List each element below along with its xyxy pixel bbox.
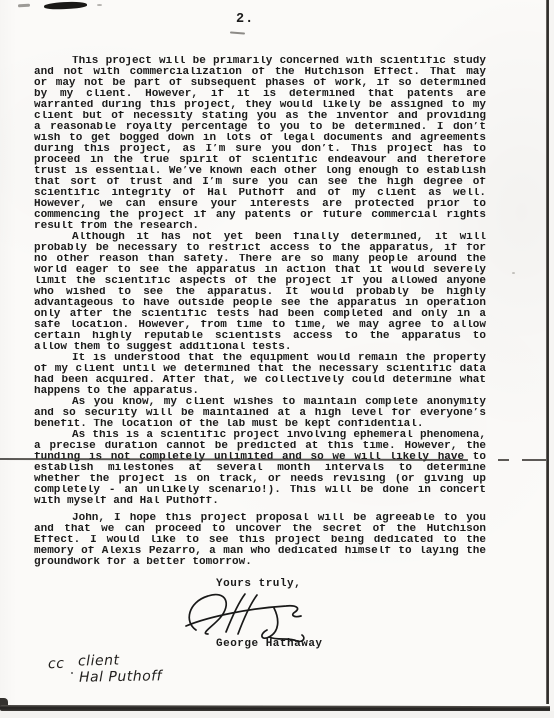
letter-line: result from the research. [34, 221, 486, 232]
letter-line: As this is a scientific project involvin… [34, 430, 486, 441]
scan-artifact-blob [44, 1, 87, 10]
background-bottom-strip [0, 711, 554, 718]
letter-line: warranted during this project, they woul… [34, 100, 486, 111]
letter-line: and that we can proceed to uncover the s… [34, 524, 486, 535]
paragraph: As this is a scientific project involvin… [34, 430, 486, 507]
letter-line: had been acquired. After that, we collec… [34, 375, 486, 386]
page-number: 2. [236, 12, 254, 27]
paragraph: John, I hope this project proposal will … [34, 513, 486, 568]
letter-line: It is understood that the equipment woul… [34, 353, 486, 364]
letter-line: As you know, my client wishes to maintai… [34, 397, 486, 408]
letter-line: establish milestones at several month in… [34, 463, 486, 474]
background-right-strip [549, 0, 554, 718]
letter-line: and not with commercialization of the Hu… [34, 67, 486, 78]
letter-line: memory of Alexis Pezarro, a man who dedi… [34, 546, 486, 557]
letter-line: completely - an unlikely scenario!). Thi… [34, 485, 486, 496]
letter-line: Effect. I would like to see this project… [34, 535, 486, 546]
scanned-page: 2. This project will be primarily concer… [0, 0, 549, 707]
cc-handwritten-hal-puthoff: Hal Puthoff [79, 668, 162, 685]
letter-line: who wished to see the apparatus. It woul… [34, 287, 486, 298]
scanned-letter-screenshot: { "page": { "number": "2.", "paragraphs"… [0, 0, 554, 718]
letter-line: whether the project is on track, or need… [34, 474, 486, 485]
letter-line: only after the scientific tests had been… [34, 309, 486, 320]
letter-line: limit the scientific aspects of the proj… [34, 276, 486, 287]
letter-line: proceed in the true spirit of scientific… [34, 155, 486, 166]
letter-line: groundwork for a better tomorrow. [34, 557, 486, 568]
closing-salutation: Yours truly, [216, 578, 301, 590]
letter-line: probably be necessary to restrict access… [34, 243, 486, 254]
letter-line: a precise duration cannot be predicted a… [34, 441, 486, 452]
letter-line: of my client until we determined that th… [34, 364, 486, 375]
letter-line: John, I hope this project proposal will … [34, 513, 486, 524]
scan-artifact-speck [512, 272, 515, 274]
letter-line: safe location. However, from time to tim… [34, 320, 486, 331]
signature-scrawl [182, 592, 320, 642]
paragraph: This project will be primarily concerned… [34, 56, 486, 232]
letter-line: scientific integrity of Hal Puthoff and … [34, 188, 486, 199]
paragraph: Although it has not yet been finally det… [34, 232, 486, 353]
letter-line: that sort of trust and I’m sure you can … [34, 177, 486, 188]
page-number-underline-mark [230, 31, 245, 34]
letter-line: and so security will be maintained at a … [34, 408, 486, 419]
letter-line: This project will be primarily concerned… [34, 56, 486, 67]
letter-line: wish to get bogged down in lots of legal… [34, 133, 486, 144]
letter-line: client but of necessity stating you as t… [34, 111, 486, 122]
letter-line: a reasonable royalty percentage to you t… [34, 122, 486, 133]
letter-line: advantageous to have outside people see … [34, 298, 486, 309]
letter-line: certain highly reputable scientists acce… [34, 331, 486, 342]
letter-line: happens to the apparatus. [34, 386, 486, 397]
letter-line: commencing the project if any patents or… [34, 210, 486, 221]
letter-line: no other reason than safety. There are s… [34, 254, 486, 265]
letter-body: This project will be primarily concerned… [34, 56, 486, 568]
cc-handwritten-client: client [78, 652, 120, 669]
letter-line: allow them to suggest additional tests. [34, 342, 486, 353]
letter-line: However, we can ensure your interests ar… [34, 199, 486, 210]
cc-handwritten-label: cc [48, 656, 65, 673]
letter-line: benefit. The location of the lab must be… [34, 419, 486, 430]
signature-typed-name: George Hathaway [216, 638, 323, 650]
letter-line: Although it has not yet been finally det… [34, 232, 486, 243]
scan-artifact-speck [97, 4, 102, 6]
letter-line: or may not be part of subsequent phases … [34, 78, 486, 89]
letter-line: with myself and Hal Puthoff. [34, 496, 486, 507]
scan-crease-dash [498, 459, 509, 461]
letter-line: by my client. However, if it is determin… [34, 89, 486, 100]
letter-line: trust is essential. We’ve known each oth… [34, 166, 486, 177]
letter-line: during this project, as I’m sure you don… [34, 144, 486, 155]
scan-artifact-dash [18, 4, 30, 7]
paragraph: It is understood that the equipment woul… [34, 353, 486, 397]
paragraph: As you know, my client wishes to maintai… [34, 397, 486, 430]
letter-line: world eager to see the apparatus in acti… [34, 265, 486, 276]
scan-artifact-dot [71, 672, 73, 674]
